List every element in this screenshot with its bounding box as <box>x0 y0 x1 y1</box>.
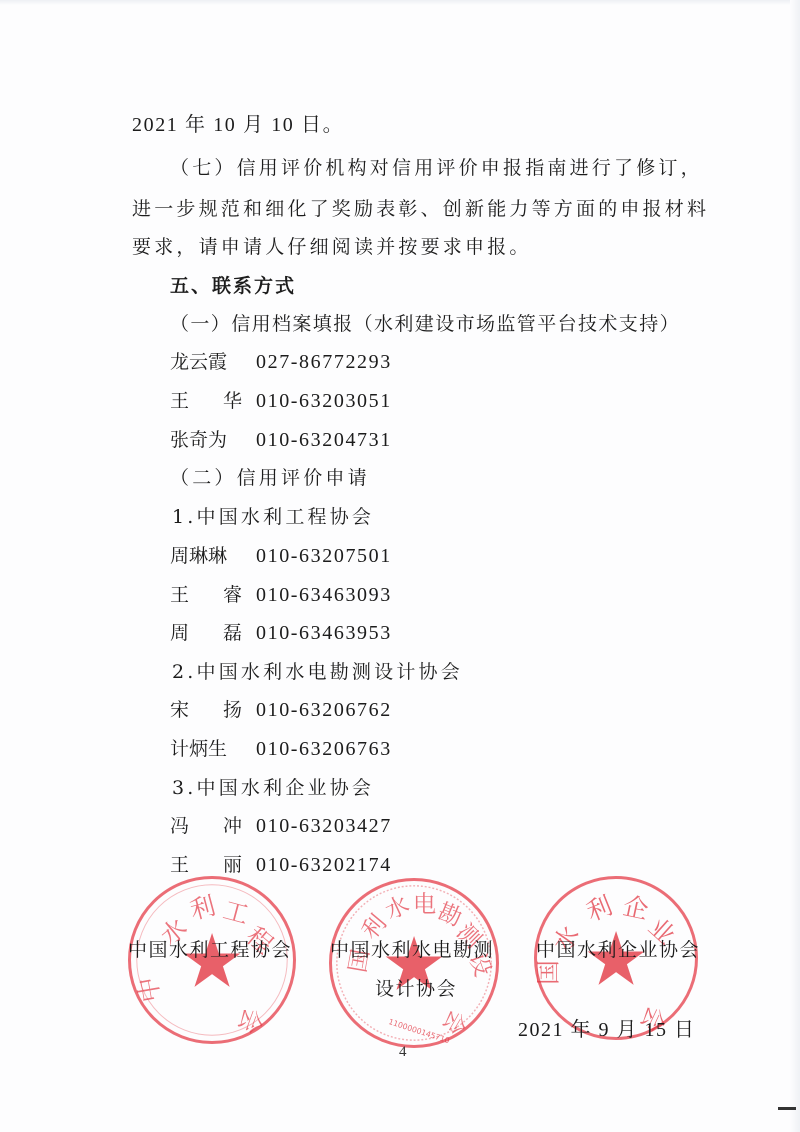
contact-row: 王丽010-63202174 <box>170 853 392 877</box>
contact-row: 张奇为010-63204731 <box>170 428 392 452</box>
contact-name: 周琳琳 <box>170 544 256 568</box>
contact-name: 龙云霞 <box>170 350 256 374</box>
contact-name: 张奇为 <box>170 428 256 452</box>
contact-phone: 010-63202174 <box>256 854 392 876</box>
svg-text:电: 电 <box>413 892 436 918</box>
page-number: 4 <box>399 1044 407 1061</box>
contact-name: 宋扬 <box>170 698 242 722</box>
continuation-date-line: 2021 年 10 月 10 日。 <box>132 113 344 137</box>
signature-date: 2021 年 9 月 15 日 <box>518 1013 696 1042</box>
contact-row: 计炳生010-63206763 <box>170 737 392 761</box>
contact-name: 冯冲 <box>170 814 242 838</box>
contact-name: 王华 <box>170 389 242 413</box>
contact-row: 王睿010-63463093 <box>170 583 392 607</box>
svg-text:国: 国 <box>537 960 562 985</box>
contact-phone: 010-63463093 <box>256 584 392 606</box>
contact-phone: 010-63206763 <box>256 738 392 760</box>
contact-row: 王华010-63203051 <box>170 389 392 413</box>
signature-org-1: 中国水利工程协会 <box>128 935 292 962</box>
svg-text:会: 会 <box>232 1004 268 1037</box>
contact-name: 王丽 <box>170 853 242 877</box>
contact-phone: 010-63206762 <box>256 699 392 721</box>
contact-row: 周琳琳010-63207501 <box>170 544 392 568</box>
section-heading-contact: 五、联系方式 <box>170 274 296 298</box>
org-1-title: 1.中国水利工程协会 <box>172 505 374 529</box>
org-3-title: 3.中国水利企业协会 <box>172 776 374 800</box>
contact-phone: 010-63203427 <box>256 815 392 837</box>
contact-row: 冯冲010-63203427 <box>170 814 392 838</box>
document-page: 2021 年 10 月 10 日。 （七）信用评价机构对信用评价申报指南进行了修… <box>0 0 800 1132</box>
contact-row: 龙云霞027-86772293 <box>170 350 392 374</box>
official-seal-2: 国 利 水 电 勘 测 设 会 1100000145710 ★ <box>329 878 499 1048</box>
contact-phone: 010-63203051 <box>256 390 392 412</box>
paragraph-7-line-2: 进一步规范和细化了奖励表彰、创新能力等方面的申报材料 <box>132 197 709 221</box>
contact-row: 宋扬010-63206762 <box>170 698 392 722</box>
contact-phone: 027-86772293 <box>256 351 392 373</box>
signature-org-2-line-1: 中国水利水电勘测 <box>330 935 494 962</box>
scan-top-edge <box>0 0 800 5</box>
scan-corner-mark <box>778 1107 796 1110</box>
signature-org-2-line-2: 设计协会 <box>375 974 457 1001</box>
subsection-2-title: （二）信用评价申请 <box>170 466 370 490</box>
contact-row: 周磊010-63463953 <box>170 621 392 645</box>
scan-right-edge <box>790 0 800 1132</box>
contact-name: 周磊 <box>170 621 242 645</box>
contact-phone: 010-63207501 <box>256 545 392 567</box>
contact-phone: 010-63204731 <box>256 429 392 451</box>
contact-phone: 010-63463953 <box>256 622 392 644</box>
svg-text:中: 中 <box>133 975 166 1005</box>
contact-name: 计炳生 <box>170 737 256 761</box>
svg-text:水: 水 <box>381 892 413 925</box>
signature-org-3: 中国水利企业协会 <box>536 935 700 962</box>
org-2-title: 2.中国水利水电勘测设计协会 <box>172 660 463 684</box>
paragraph-7-line-1: （七）信用评价机构对信用评价申报指南进行了修订， <box>170 156 703 180</box>
contact-name: 王睿 <box>170 583 242 607</box>
subsection-1-title: （一）信用档案填报（水利建设市场监管平台技术支持） <box>170 312 680 336</box>
paragraph-7-line-3: 要求，请申请人仔细阅读并按要求申报。 <box>132 235 532 259</box>
